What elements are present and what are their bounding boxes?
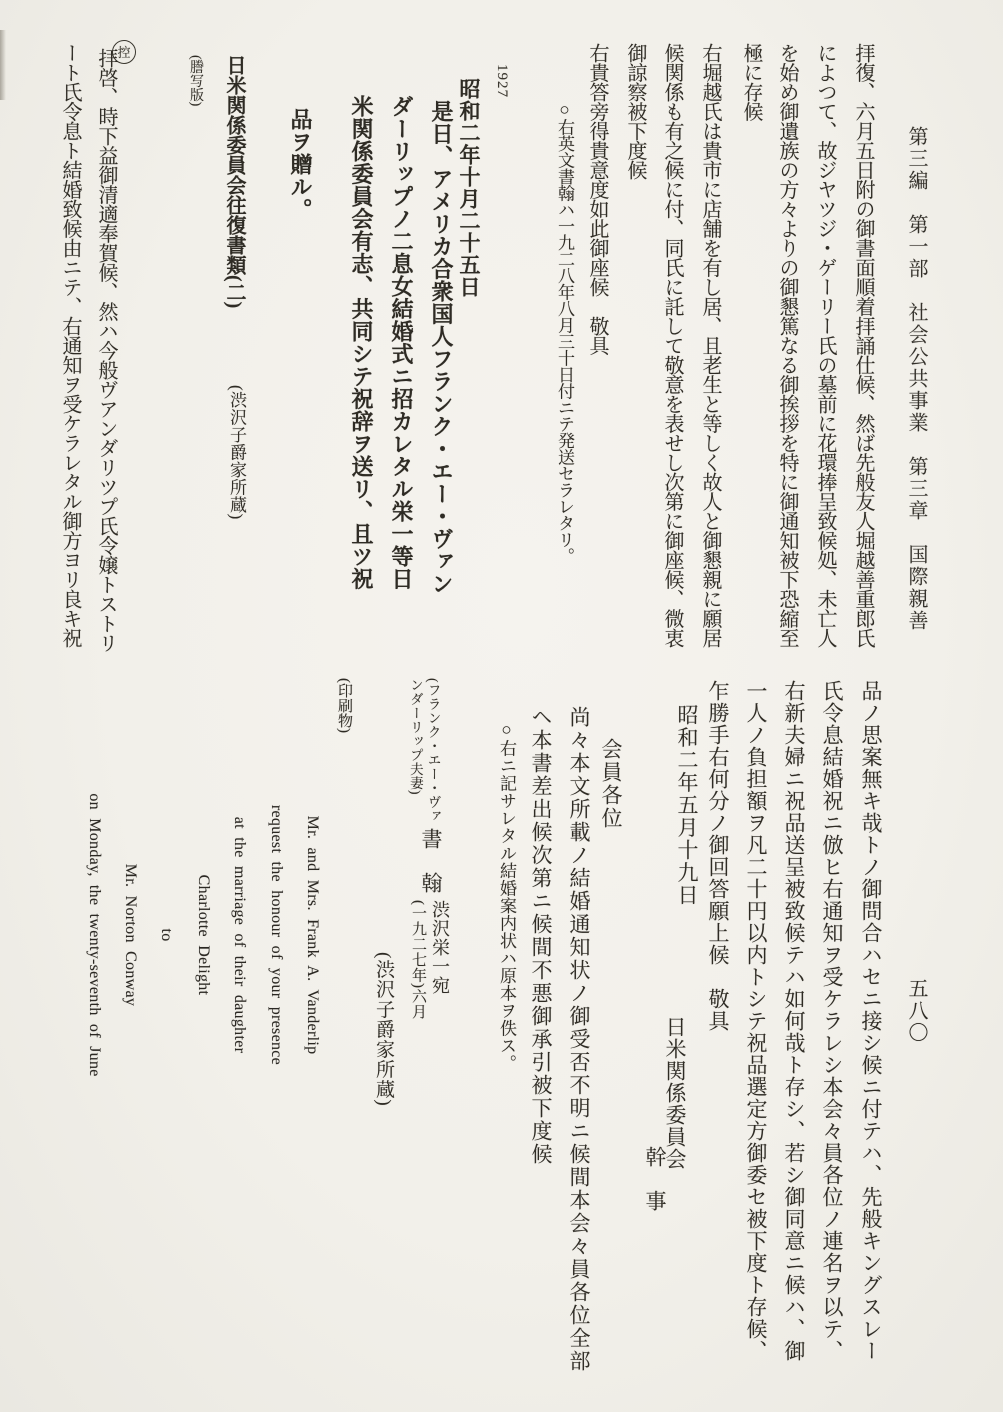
letter1-column: を始め御遺族の方々よりの御懇篤なる御挨拶を特に御通知被下恐縮至 [777,43,797,648]
invitation-line: request the honour of your presence [257,785,293,1085]
letter1-column: 候関係も有之候に付、同氏に託して敬意を表せし次第に御座候、微衷 [662,43,682,648]
invitation-line: Mr. Norton Conway [112,785,148,1085]
letter2-column: 一人ノ負担額ヲ凡二十円以内トシテ祝品選定方御委セ被下度ト存候、 [745,680,766,1362]
entry-summary-column: 米関係委員会有志、共同シテ祝辞ヲ送リ、且ツ祝 [350,95,372,590]
postscript-column: ヘ本書差出候次第ニ候間不悪御承引被下度候 [530,706,551,1166]
letter2-column: 乍勝手右何分ノ御回答願上候 敬具 [707,680,728,1032]
editor-note: ○右英文書翰ハ一九二八年八月三十日付ニテ発送セラレタリ。 [556,100,573,564]
invitation-line: Charlotte Delight [184,785,220,1085]
page-number: 五八〇 [906,978,926,1044]
quoted-letter-column: ート氏令息ト結婚致候由ニテ、右通知ヲ受ケラレタル御方ヨリ良キ祝 [60,43,80,648]
format-note: (謄写版) [188,55,202,106]
invitation-line: Mr. and Mrs. Frank A. Vanderlip [294,785,330,1085]
entry-summary-column: 品ヲ贈ル。 [289,108,311,221]
entry-summary-column: 是日、アメリカ合衆国人フランク・エー・ヴァン [430,100,452,595]
invitation-line: to [148,785,184,1085]
invitation-line: at the marriage of their daughter [221,785,257,1085]
scanned-page: 第三編 第一部 社会公共事業 第三章 国際親善 五八〇 拝復、六月五日附の御書面… [0,0,1003,1412]
quoted-letter-column: 拝啓、時下益御清適奉賀候、然ハ今般ヴアンダリツプ氏令嬢トストリ [96,48,116,653]
letter2-signer: 幹 事 [644,1146,665,1212]
letter1-column: 拝復、六月五日附の御書面順着拝誦仕候、然ば先般友人堀越善重郎氏 [853,43,873,648]
letter2-signature: 日米関係委員会 [664,1016,685,1170]
scan-edge-smudge [0,30,6,100]
letter1-column: 御諒察被下度候 [625,43,645,180]
editor-note: ○右ニ記サレタル結婚案内状ハ原本ヲ佚ス。 [498,720,515,1072]
letter1-column: 右堀越氏は貴市に店舗を有し居、且老生と等しく故人と御懇親に願居 [700,43,720,648]
letter1-column: 右貴答旁得貴意度如此御座候 敬具 [587,43,607,355]
source-note: (渋沢子爵家所蔵) [228,385,245,520]
english-invitation-block: Mr. and Mrs. Frank A. Vanderlip request … [75,785,330,1085]
letter2-column: 右新夫婦ニ祝品送呈被致候テハ如何哉ト存シ、若シ御同意ニ候ハ、御 [783,680,804,1362]
invitation-text: Mr. and Mrs. Frank A. Vanderlip request … [75,785,330,1085]
letter2-column: 品ノ思案無キ哉トノ御問合ハセニ接シ候ニ付テハ、先般キングスレー [860,680,881,1362]
running-head: 第三編 第一部 社会公共事業 第三章 国際親善 [906,126,926,632]
entry-date: 昭和二年十月二十五日 [458,78,479,298]
invitation-line: on Monday, the twenty-seventh of June [75,785,111,1085]
letter2-date: 昭和二年五月十九日 [676,704,697,907]
document-type-label: 書 翰 [420,828,441,894]
entry-year-label: 1927 [493,64,510,98]
entry-summary-column: ダーリップノ二息女結婚式ニ招カレタル栄一等日 [390,95,412,590]
document-addressee: 渋沢栄一宛 [431,900,449,995]
document-date: (一九二七年)六月 [410,900,425,1020]
source-note: (渋沢子爵家所蔵) [374,952,393,1107]
format-note: (印刷物) [336,678,351,733]
letter2-column: 氏令息結婚祝ニ倣ヒ右通知ヲ受ケラレシ本会々員各位ノ連名ヲ以テ、 [821,680,842,1362]
document-title: 日米関係委員会往復書類(二) [224,55,244,308]
letter2-addressee: 会員各位 [600,738,621,830]
postscript-column: 尚々本文所載ノ結婚通知状ノ御受否不明ニ候間本会々員各位全部 [568,706,589,1373]
letter1-column: 極に存候 [741,43,761,121]
letter1-column: によつて、故ジヤツジ・ゲーリー氏の墓前に花環捧呈致候処、未亡人 [815,43,835,648]
